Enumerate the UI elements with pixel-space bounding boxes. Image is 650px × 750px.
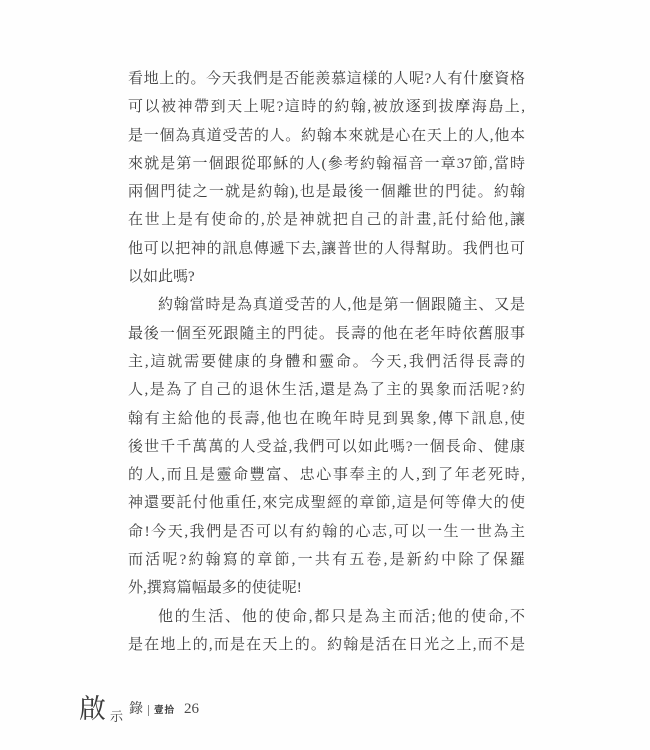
text-line: 他可以把神的訊息傳遞下去,讓普世的人得幫助。我們也可 <box>128 235 525 263</box>
book-title-char-end: 錄 <box>129 703 143 717</box>
page-footer: 啟 示 錄 壹拾 26 <box>79 694 199 725</box>
text-line: 約翰當時是為真道受苦的人,他是第一個跟隨主、又是 <box>128 291 525 319</box>
body-text: 看地上的。今天我們是否能羨慕這樣的人呢?人有什麼資格可以被神帶到天上呢?這時的約… <box>128 65 525 659</box>
text-line: 後世千千萬萬的人受益,我們可以如此嗎?一個長命、健康 <box>128 433 525 461</box>
text-line: 看地上的。今天我們是否能羨慕這樣的人呢?人有什麼資格 <box>128 65 525 93</box>
text-line: 他的生活、他的使命,都只是為主而活;他的使命,不 <box>128 603 525 631</box>
text-line: 的人,而且是靈命豐富、忠心事奉主的人,到了年老死時, <box>128 461 525 489</box>
text-line: 主,這就需要健康的身體和靈命。今天,我們活得長壽的 <box>128 348 525 376</box>
book-page: 看地上的。今天我們是否能羨慕這樣的人呢?人有什麼資格可以被神帶到天上呢?這時的約… <box>0 0 650 750</box>
footer-divider <box>148 705 149 716</box>
text-line: 外,撰寫篇幅最多的使徒呢! <box>128 574 525 602</box>
text-line: 可以被神帶到天上呢?這時的約翰,被放逐到拔摩海島上, <box>128 93 525 121</box>
page-number: 26 <box>184 702 199 717</box>
book-title-char-mid: 示 <box>110 710 123 723</box>
text-line: 來就是第一個跟從耶穌的人(參考約翰福音一章37節,當時 <box>128 150 525 178</box>
book-title-char-main: 啟 <box>79 694 106 725</box>
text-line: 以如此嗎? <box>128 263 525 291</box>
text-line: 在世上是有使命的,於是神就把自己的計畫,託付給他,讓 <box>128 206 525 234</box>
chapter-label: 壹拾 <box>154 706 175 716</box>
text-line: 人,是為了自己的退休生活,還是為了主的異象而活呢?約 <box>128 376 525 404</box>
text-line: 命!今天,我們是否可以有約翰的心志,可以一生一世為主 <box>128 518 525 546</box>
text-line: 是在地上的,而是在天上的。約翰是活在日光之上,而不是 <box>128 631 525 659</box>
text-line: 是一個為真道受苦的人。約翰本來就是心在天上的人,他本 <box>128 122 525 150</box>
text-line: 神還要託付他重任,來完成聖經的章節,這是何等偉大的使 <box>128 489 525 517</box>
text-line: 而活呢?約翰寫的章節,一共有五卷,是新約中除了保羅 <box>128 546 525 574</box>
text-line: 最後一個至死跟隨主的門徒。長壽的他在老年時依舊服事 <box>128 320 525 348</box>
text-line: 翰有主給他的長壽,他也在晚年時見到異象,傳下訊息,使 <box>128 405 525 433</box>
text-line: 兩個門徒之一就是約翰),也是最後一個離世的門徒。約翰 <box>128 178 525 206</box>
